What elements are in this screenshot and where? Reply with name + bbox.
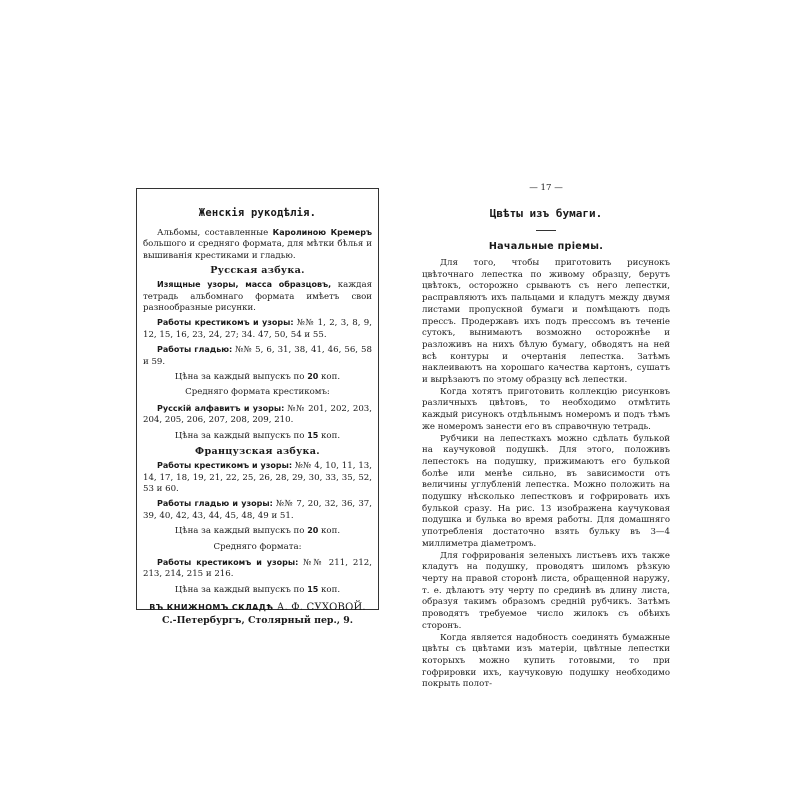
advertisement-box: Женскія рукодѣлія. Альбомы, составленные… [136,188,379,610]
title-divider [536,230,556,231]
paragraph: Рубчики на лепесткахъ можно сдѣлать буль… [422,434,670,551]
paragraph: Для того, чтобы приготовить рисунокъ цвѣ… [422,258,670,387]
russian-medium-list: Русскій алфавитъ и узоры: №№ 201, 202, 2… [143,403,372,427]
paragraph: Когда хотятъ приготовить коллекцію рисун… [422,387,670,434]
chapter-title: Цвѣты изъ бумаги. [422,207,670,220]
french-medium-price: Цѣна за каждый выпускъ по 15 коп. [143,584,372,596]
ad-title: Женскія рукодѣлія. [143,207,372,219]
paragraph: Когда является надобность соединять бума… [422,633,670,692]
right-page: — 17 — Цвѣты изъ бумаги. Начальные пріем… [422,183,670,691]
french-price: Цѣна за каждый выпускъ по 20 коп. [143,525,372,537]
paragraph: Для гофрированія зеленыхъ листьевъ ихъ т… [422,551,670,633]
store-line: ВЪ КНИЖНОМЪ СКЛАДѢ А. Ф. СУХОВОЙ. [143,602,372,613]
russian-price: Цѣна за каждый выпускъ по 20 коп. [143,371,372,383]
page-number: — 17 — [422,183,670,193]
russian-cross-list: Работы крестикомъ и узоры: №№ 1, 2, 3, 8… [143,317,372,341]
french-satin-list: Работы гладью и узоры: №№ 7, 20, 32, 36,… [143,498,372,522]
store-address: С.-Петербургъ, Столярный пер., 9. [143,615,372,626]
french-alphabet-heading: Французская азбука. [143,446,372,457]
russian-alphabet-heading: Русская азбука. [143,265,372,276]
russian-medium-price: Цѣна за каждый выпускъ по 15 коп. [143,430,372,442]
russian-desc: Изящные узоры, масса образцовъ, каждая т… [143,279,372,314]
french-medium-heading: Средняго формата: [143,542,372,553]
ad-intro: Альбомы, составленные Каролиною Кремеръ … [143,227,372,262]
french-cross-list: Работы крестикомъ и узоры: №№ 4, 10, 11,… [143,460,372,495]
russian-medium-heading: Средняго формата крестикомъ: [143,387,372,398]
section-heading: Начальные пріемы. [422,241,670,252]
french-medium-list: Работы крестикомъ и узоры: №№ 211, 212, … [143,557,372,581]
author-name: Каролиною Кремеръ [273,228,372,237]
russian-satin-list: Работы гладью: №№ 5, 6, 31, 38, 41, 46, … [143,344,372,368]
